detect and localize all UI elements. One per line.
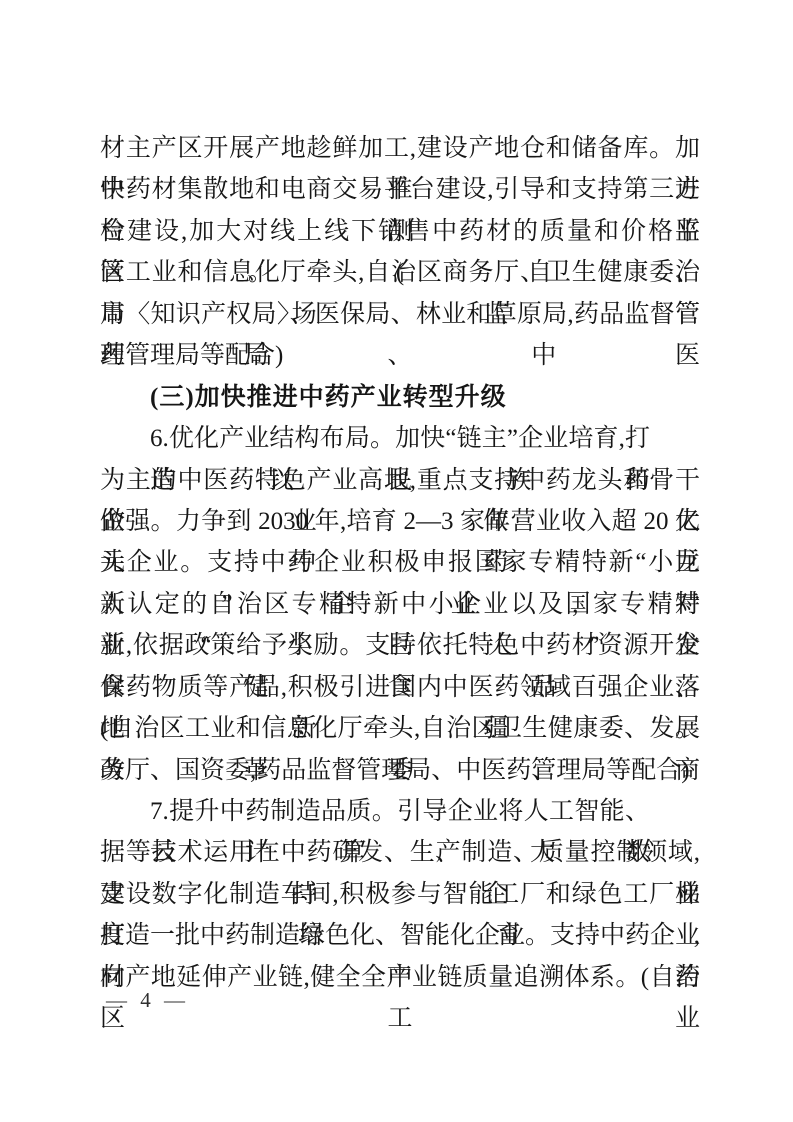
body-line: 中药材集散地和电商交易平台建设,引导和支持第三方检测平 <box>100 169 700 210</box>
body-line: 台建设,加大对线上线下销售中药材的质量和价格监管。(自治 <box>100 211 700 252</box>
body-line: 局〈知识产权局〉、医保局、林业和草原局,药品监督管理局、中医 <box>100 294 700 335</box>
body-line: 为主的中医药特色产业高地,重点支持中药龙头和骨干企业做大 <box>100 460 700 501</box>
body-line: 6.优化产业结构布局。加快“链主”企业培育,打造以民族药 <box>100 418 650 459</box>
page-number: — 4 — <box>106 988 189 1012</box>
body-line: 据等技术运用在中药研发、生产制造、质量控制领域,支持企业 <box>100 832 700 873</box>
body-line: 头企业。支持中药企业积极申报国家专精特新“小巨人”企业,对 <box>100 542 700 583</box>
body-line: 食药物质等产品,积极引进国内中医药领域百强企业落地新疆。 <box>100 667 700 708</box>
section-heading: (三)加快推进中药产业转型升级 <box>100 377 650 418</box>
body-line: 材主产区开展产地趁鲜加工,建设产地仓和储备库。加快推进 <box>100 128 700 169</box>
body-line: 7.提升中药制造品质。引导企业将人工智能、云计算、大数 <box>100 791 650 832</box>
document-body: 材主产区开展产地趁鲜加工,建设产地仓和储备库。加快推进 中药材集散地和电商交易平… <box>100 128 700 998</box>
body-line: 业,依据政策给予奖励。支持依托特色中药材资源开发保健食品、 <box>100 625 700 666</box>
body-line: 打造一批中药制造绿色化、智能化企业。支持中药企业向中药 <box>100 915 700 956</box>
body-line: 区工业和信息化厅牵头,自治区商务厅、卫生健康委、市场监管 <box>100 252 700 293</box>
body-line: 建设数字化制造车间,积极参与智能工厂和绿色工厂梯度培育, <box>100 874 700 915</box>
body-line: (自治区工业和信息化厅牵头,自治区卫生健康委、发展改革委、商 <box>100 708 700 749</box>
body-line: 新认定的自治区专精特新中小企业以及国家专精特新“小巨人”企 <box>100 584 700 625</box>
body-line: 材产地延伸产业链,健全全产业链质量追溯体系。(自治区工业 <box>100 957 700 998</box>
body-line: 做强。力争到 2030 年,培育 2—3 家年营业收入超 20 亿元中药龙 <box>100 501 700 542</box>
document-page: 材主产区开展产地趁鲜加工,建设产地仓和储备库。加快推进 中药材集散地和电商交易平… <box>0 0 793 1122</box>
body-line: 务厅、国资委,药品监督管理局、中医药管理局等配合) <box>100 750 700 791</box>
